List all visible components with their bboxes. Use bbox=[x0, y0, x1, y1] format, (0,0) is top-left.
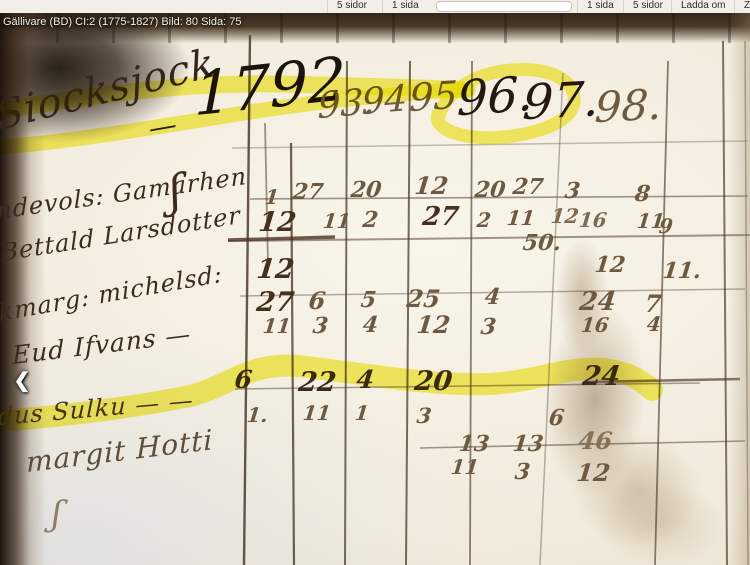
manuscript-photo: Siocksjock—ʃ179293.949596.97.98.ndevols:… bbox=[0, 13, 750, 565]
back-1-page-button[interactable]: 1 sida bbox=[382, 0, 428, 13]
reload-button[interactable]: Ladda om bbox=[671, 0, 734, 13]
highlight-stroke-middle bbox=[0, 366, 652, 422]
page-position-input[interactable] bbox=[436, 1, 572, 12]
back-5-pages-button[interactable]: 5 sidor bbox=[327, 0, 376, 13]
viewer-toolbar: 5 sidor 1 sida 1 sida 5 sidor Ladda om Z… bbox=[0, 0, 750, 13]
forward-1-page-button[interactable]: 1 sida bbox=[577, 0, 623, 13]
previous-page-icon[interactable]: ❮ bbox=[11, 368, 33, 394]
forward-5-pages-button[interactable]: 5 sidor bbox=[623, 0, 672, 13]
highlight-ring-96-97 bbox=[437, 69, 574, 137]
archive-viewer-window: 5 sidor 1 sida 1 sida 5 sidor Ladda om Z… bbox=[0, 0, 750, 565]
highlight-layer bbox=[0, 13, 750, 565]
zoom-button[interactable]: Zoom bbox=[734, 0, 750, 13]
record-title: Gällivare (BD) CI:2 (1775-1827) Bild: 80… bbox=[3, 16, 241, 28]
